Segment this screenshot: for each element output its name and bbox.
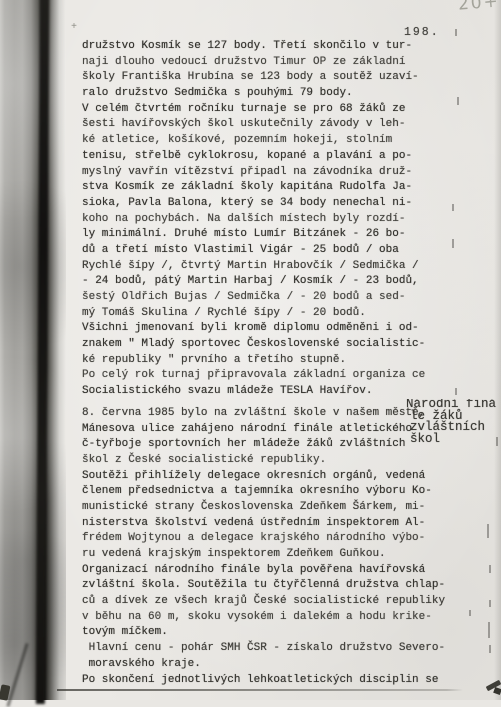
- text-line: družstvo Kosmík se 127 body. Třetí skonč…: [82, 39, 492, 55]
- text-line: stva Kosmík ze základní školy kapitána R…: [82, 180, 492, 196]
- text-line: tovým míčkem.: [82, 625, 492, 641]
- margin-annotation: Národní finále žákůzvláštníchškol: [406, 399, 501, 446]
- text-line: zvláštní škola. Soutěžila tu čtyřčlenná …: [82, 578, 492, 594]
- text-line: naji dlouho vedoucí družstvo Timur OP ze…: [82, 55, 492, 71]
- text-line: ralo družstvo Sedmička s pouhými 79 body…: [82, 86, 492, 102]
- text-line: ců a dívek ze všech krajů České socialis…: [82, 594, 492, 610]
- text-line: Organizací národního finále byla pověřen…: [82, 563, 492, 579]
- text-line: Socialistického svazu mládeže TESLA Haví…: [82, 384, 492, 400]
- text-line: Po skončení jednotlivých lehkoatletickýc…: [82, 673, 492, 689]
- text-line: ly minimální. Druhé místo Lumír Bitzánek…: [82, 227, 492, 243]
- scan-artifact-tick: [455, 388, 457, 395]
- text-line: Rychlé šípy /, čtvrtý Martin Hrabovčík /…: [82, 259, 492, 275]
- margin-note-line: škol: [406, 434, 501, 446]
- text-line: členem předsednictva a tajemníka okresní…: [82, 484, 492, 500]
- page-number: 198.: [404, 26, 440, 39]
- text-line: škol z České socialistické republiky.: [82, 453, 492, 469]
- binding-shadow: [0, 0, 66, 700]
- text-line: ké atletice, košíkové, pozemním hokeji, …: [82, 133, 492, 149]
- text-line: Po celý rok turnaj připravovala základní…: [82, 368, 492, 384]
- page-right-edge-shading: [494, 0, 501, 700]
- text-line: ru vedená krajským inspektorem Zdeňkem G…: [82, 547, 492, 563]
- text-line: školy Františka Hrubína se 123 body a so…: [82, 70, 492, 86]
- stray-plus-mark: +: [71, 22, 77, 33]
- text-line: munistické strany Československa Zdeňkem…: [82, 500, 492, 516]
- text-line: - 24 bodů, pátý Martin Harbaj / Kosmík /…: [82, 274, 492, 290]
- scan-artifact-tick: [489, 600, 491, 607]
- scan-artifact-tick: [489, 645, 491, 653]
- text-line: V celém čtvrtém ročníku turnaje se pro 6…: [82, 102, 492, 118]
- text-line: dů a třetí místo Vlastimil Vigár - 25 bo…: [82, 243, 492, 259]
- text-line: tenisu, střelbě cyklokrosu, kopané a pla…: [82, 149, 492, 165]
- text-line: moravského kraje.: [82, 657, 492, 673]
- scan-artifact-tick: [488, 622, 490, 638]
- text-line: Všichni jmenovaní byli kromě diplomu odm…: [82, 321, 492, 337]
- text-line: koho na pochybách. Na dalších místech by…: [82, 212, 492, 228]
- scan-artifact-tick: [496, 437, 498, 446]
- text-line: znakem " Mladý sportovec Československé …: [82, 337, 492, 353]
- scan-artifact-tick: [489, 565, 491, 573]
- typewritten-text-body: družstvo Kosmík se 127 body. Třetí skonč…: [82, 39, 492, 688]
- text-line: mý Tomáš Skulina / Rychlé šípy / - 20 bo…: [82, 306, 492, 322]
- scan-artifact-tick: [487, 524, 489, 538]
- text-line: nisterstva školství vedená ústředním ins…: [82, 516, 492, 532]
- text-line: myslný vavřín vítězství připadl na závod…: [82, 165, 492, 181]
- text-line: Hlavní cenu - pohár SMH ČSR - získalo dr…: [82, 641, 492, 657]
- text-line: v běhu na 60 m, skoku vysokém i dalekém …: [82, 610, 492, 626]
- text-line: frédem Wojtynou a delegace krajského nár…: [82, 531, 492, 547]
- scanned-document-page: 20+ 198. + družstvo Kosmík se 127 body. …: [0, 0, 501, 700]
- scan-artifact-tick: [469, 610, 471, 616]
- scan-artifact-tick: [457, 97, 459, 105]
- text-line: šestý Oldřich Bujas / Sedmička / - 20 bo…: [82, 290, 492, 306]
- text-line: ké republiky " prvního a třetího stupně.: [82, 353, 492, 369]
- text-line: šesti havířovských škol uskutečnily závo…: [82, 117, 492, 133]
- text-line: sioka, Pavla Balona, který se 34 body ne…: [82, 196, 492, 212]
- bottom-edge-line: [57, 689, 463, 691]
- scan-artifact-tick: [455, 29, 457, 36]
- text-line: Soutěži přihlížely delegace okresních or…: [82, 469, 492, 485]
- scan-artifact-tick: [452, 204, 454, 211]
- scan-artifact-tick: [452, 239, 454, 248]
